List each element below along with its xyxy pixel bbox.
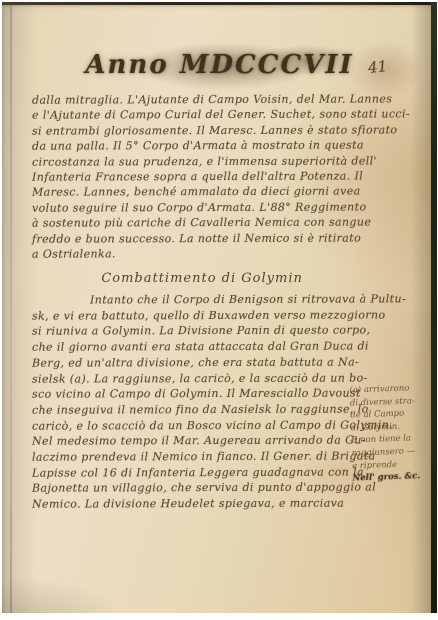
- manuscript-photo: Anno MDCCCVII 41 dalla mitraglia. L'Ajut…: [0, 0, 438, 620]
- manuscript-line: à sostenuto più cariche di Cavalleria Ne…: [32, 215, 410, 232]
- manuscript-line: laczimo prendeva il Nemico in fianco. Il…: [32, 448, 406, 465]
- margin-note-line: Nell' gros. &c.: [352, 470, 438, 486]
- manuscript-line: si entrambi gloriosamente. Il Maresc. La…: [32, 122, 410, 139]
- manuscript-page: Anno MDCCCVII 41 dalla mitraglia. L'Ajut…: [2, 2, 437, 613]
- page-top-edge: [2, 2, 437, 5]
- book-leaves-edge: [431, 2, 437, 613]
- manuscript-line: a Ostrialenka.: [32, 245, 410, 262]
- manuscript-line: circostanza la sua prudenza, e l'immensa…: [32, 153, 410, 170]
- manuscript-line: Maresc. Lannes, benché ammalato da dieci…: [32, 184, 410, 201]
- manuscript-line: che il giorno avanti era stata attaccata…: [32, 338, 406, 355]
- manuscript-line: voluto seguire il suo Corpo d'Armata. L'…: [32, 199, 410, 216]
- manuscript-line: Nemico. La divisione Heudelet spiegava, …: [32, 495, 406, 512]
- margin-note: (a) arrivaronodi diverse stra-de al Camp…: [349, 382, 438, 486]
- manuscript-line: sk, e vi era battuto, quello di Buxawden…: [32, 307, 406, 324]
- manuscript-line: e l'Ajutante di Campo Curial del Gener. …: [32, 107, 410, 124]
- binding-crease: [10, 2, 12, 613]
- manuscript-line: da una palla. Il 5° Corpo d'Armata à mos…: [32, 138, 410, 155]
- page-number: 41: [367, 57, 388, 77]
- manuscript-line: Berg, ed un'altra divisione, che era sta…: [32, 354, 406, 371]
- manuscript-line: freddo e buon successo. La notte il Nemi…: [32, 230, 410, 247]
- manuscript-line: Intanto che il Corpo di Benigson si ritr…: [32, 291, 406, 308]
- manuscript-line: si riuniva a Golymin. La Divisione Panin…: [32, 323, 406, 340]
- manuscript-line: Nel medesimo tempo il Mar. Augereau arri…: [32, 433, 406, 450]
- paragraph-1: dalla mitraglia. L'Ajutante di Campo Voi…: [32, 92, 410, 261]
- section-heading: Combattimento di Golymin: [2, 271, 402, 286]
- manuscript-line: Lapisse col 16 di Infanteria Leggera gua…: [32, 464, 406, 481]
- manuscript-line: Bajonetta un villaggio, che serviva di p…: [32, 480, 406, 497]
